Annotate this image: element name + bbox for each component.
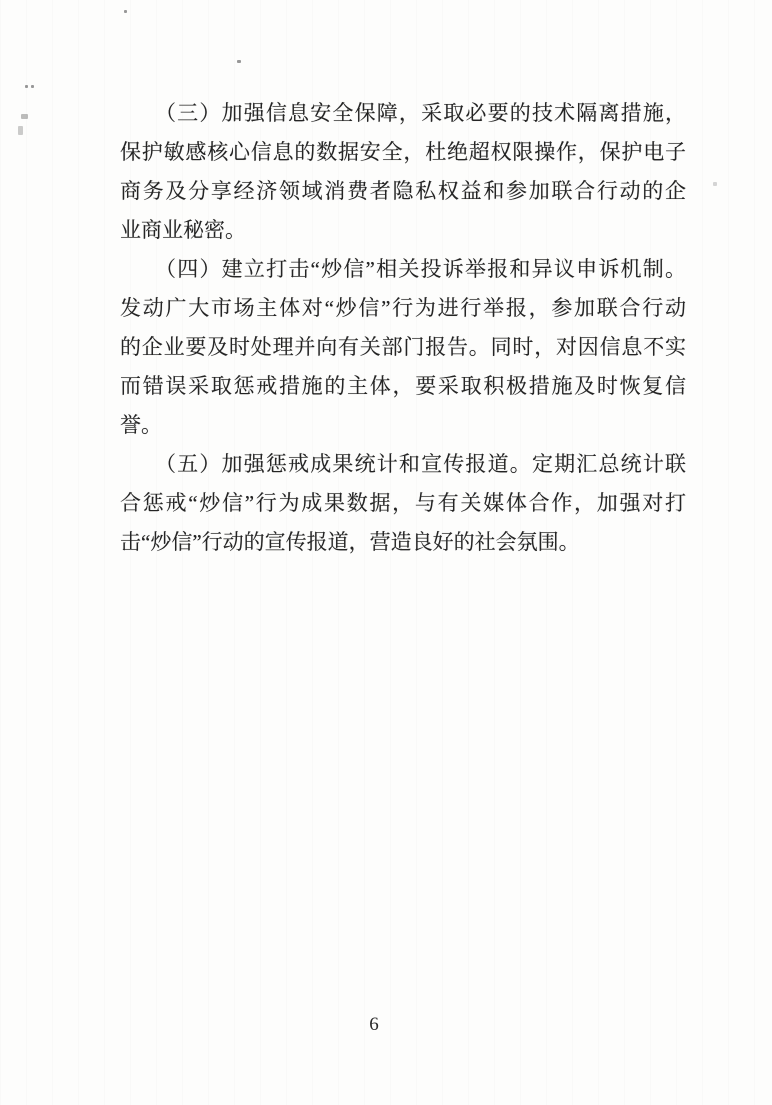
text-line: 而错误采取惩戒措施的主体，要采取积极措施及时恢复信 — [120, 367, 686, 406]
paragraph-4: （四）建立打击“炒信”相关投诉举报和异议申诉机制。 发动广大市场主体对“炒信”行… — [120, 250, 686, 445]
page-number: 6 — [0, 1014, 748, 1036]
text-line: 业商业秘密。 — [120, 211, 686, 250]
scan-speck — [124, 10, 127, 13]
body-text: （三）加强信息安全保障，采取必要的技术隔离措施， 保护敏感核心信息的数据安全，杜… — [120, 94, 686, 562]
text-line: （三）加强信息安全保障，采取必要的技术隔离措施， — [120, 94, 686, 133]
text-line: 的企业要及时处理并向有关部门报告。同时，对因信息不实 — [120, 328, 686, 367]
text-line: （五）加强惩戒成果统计和宣传报道。定期汇总统计联 — [120, 445, 686, 484]
text-line: 保护敏感核心信息的数据安全，杜绝超权限操作，保护电子 — [120, 133, 686, 172]
text-line: 誉。 — [120, 406, 686, 445]
text-line: （四）建立打击“炒信”相关投诉举报和异议申诉机制。 — [120, 250, 686, 289]
paragraph-5: （五）加强惩戒成果统计和宣传报道。定期汇总统计联 合惩戒“炒信”行为成果数据，与… — [120, 445, 686, 562]
scan-speck — [237, 60, 241, 63]
scan-speck — [713, 182, 717, 186]
text-line: 商务及分享经济领域消费者隐私权益和参加联合行动的企 — [120, 172, 686, 211]
paragraph-3: （三）加强信息安全保障，采取必要的技术隔离措施， 保护敏感核心信息的数据安全，杜… — [120, 94, 686, 250]
document-page: （三）加强信息安全保障，采取必要的技术隔离措施， 保护敏感核心信息的数据安全，杜… — [0, 0, 772, 1105]
text-line: 发动广大市场主体对“炒信”行为进行举报，参加联合行动 — [120, 289, 686, 328]
scan-speck — [21, 114, 28, 119]
scan-speck — [31, 85, 34, 88]
text-line: 合惩戒“炒信”行为成果数据，与有关媒体合作，加强对打 — [120, 484, 686, 523]
text-line: 击“炒信”行动的宣传报道，营造良好的社会氛围。 — [120, 523, 686, 562]
scan-speck — [18, 126, 23, 135]
scan-speck — [25, 85, 28, 88]
